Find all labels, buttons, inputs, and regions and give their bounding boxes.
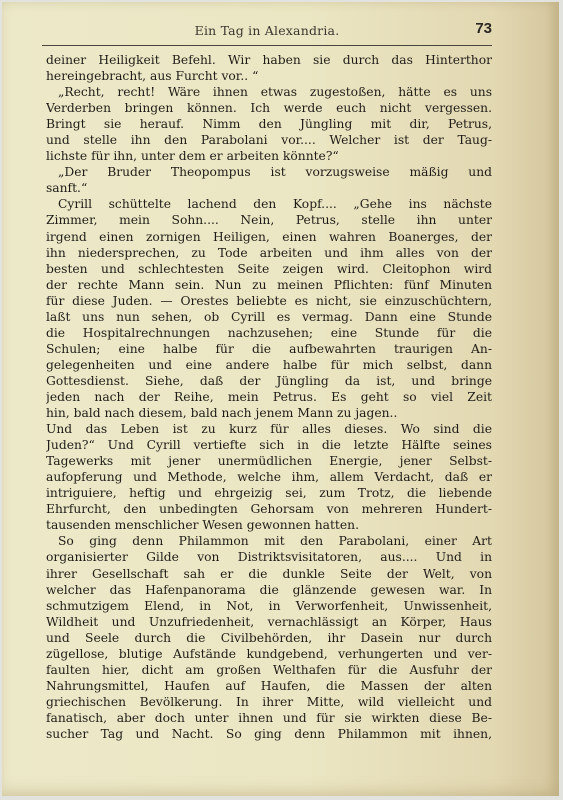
text-line: besten und schlechtesten Seite zeigen wi… — [46, 261, 492, 277]
text-line: Cyrill schüttelte lachend den Kopf.... „… — [46, 196, 492, 212]
text-line: griechischen Bevölkerung. In ihrer Mitte… — [46, 694, 492, 710]
page-number: 73 — [475, 20, 492, 37]
text-line: die Hospitalrechnungen nachzusehen; eine… — [46, 325, 492, 341]
text-line: welcher das Hafenpanorama die glänzende … — [46, 582, 492, 598]
text-line: sanft.“ — [46, 180, 492, 196]
book-page: Ein Tag in Alexandria. 73 deiner Heiligk… — [2, 2, 559, 796]
text-line: ihn niedersprechen, zu Tode arbeiten und… — [46, 245, 492, 261]
text-line: Schulen; eine halbe für die aufbewahrten… — [46, 341, 492, 357]
text-line: für diese Juden. — Orestes beliebte es n… — [46, 293, 492, 309]
running-title: Ein Tag in Alexandria. — [42, 23, 492, 38]
text-line: hereingebracht, aus Furcht vor.. “ — [46, 68, 492, 84]
text-line: Bringt sie herauf. Nimm den Jüngling mit… — [46, 116, 492, 132]
text-line: Gottesdienst. Siehe, daß der Jüngling da… — [46, 373, 492, 389]
text-line: Ehrfurcht, den unbedingten Gehorsam von … — [46, 501, 492, 517]
body-text: deiner Heiligkeit Befehl. Wir haben sie … — [46, 52, 492, 742]
text-line: Nahrungsmittel, Haufen auf Haufen, die M… — [46, 678, 492, 694]
text-line: und Seele durch die Civilbehörden, ihr D… — [46, 630, 492, 646]
text-line: schmutzigem Elend, in Not, in Verworfenh… — [46, 598, 492, 614]
text-line: deiner Heiligkeit Befehl. Wir haben sie … — [46, 52, 492, 68]
text-line: fanatisch, aber doch unter ihnen und für… — [46, 710, 492, 726]
text-line: Juden?“ Und Cyrill vertiefte sich in die… — [46, 437, 492, 453]
text-line: sucher Tag und Nacht. So ging denn Phila… — [46, 726, 492, 742]
text-line: Verderben bringen können. Ich werde euch… — [46, 100, 492, 116]
text-line: faulten hier, dicht am großen Welthafen … — [46, 662, 492, 678]
text-line: „Der Bruder Theopompus ist vorzugsweise … — [46, 164, 492, 180]
text-line: gelegenheiten und eine andere halbe für … — [46, 357, 492, 373]
text-line: hin, bald nach diesem, bald nach jenem M… — [46, 405, 492, 421]
text-line: laßt uns nun sehen, ob Cyrill es vermag.… — [46, 309, 492, 325]
text-line: jeden nach der Reihe, mein Petrus. Es ge… — [46, 389, 492, 405]
text-line: So ging denn Philammon mit den Parabolan… — [46, 533, 492, 549]
header-rule — [42, 45, 492, 46]
text-line: aufopferung und Methode, welche ihm, all… — [46, 469, 492, 485]
text-line: Wildheit und Unzufriedenheit, vernachläs… — [46, 614, 492, 630]
text-line: der rechte Mann sein. Nun zu meinen Pfli… — [46, 277, 492, 293]
text-line: organisierter Gilde von Distriktsvisitat… — [46, 549, 492, 565]
text-line: Zimmer, mein Sohn.... Nein, Petrus, stel… — [46, 212, 492, 228]
text-line: Tagewerks mit jener unermüdlichen Energi… — [46, 453, 492, 469]
text-line: intriguiere, heftig und ehrgeizig sei, z… — [46, 485, 492, 501]
text-line: irgend einen zornigen Heiligen, einen wa… — [46, 229, 492, 245]
text-line: und stelle ihn den Parabolani vor.... We… — [46, 132, 492, 148]
text-line: ihrer Gesellschaft sah er die dunkle Sei… — [46, 566, 492, 582]
page-header: Ein Tag in Alexandria. 73 — [42, 20, 492, 44]
text-line: Und das Leben ist zu kurz für alles dies… — [46, 421, 492, 437]
text-line: tausenden menschlicher Wesen gewonnen ha… — [46, 517, 492, 533]
text-line: lichste für ihn, unter dem er arbeiten k… — [46, 148, 492, 164]
text-line: zügellose, blutige Aufstände kundgebend,… — [46, 646, 492, 662]
text-line: „Recht, recht! Wäre ihnen etwas zugestoß… — [46, 84, 492, 100]
